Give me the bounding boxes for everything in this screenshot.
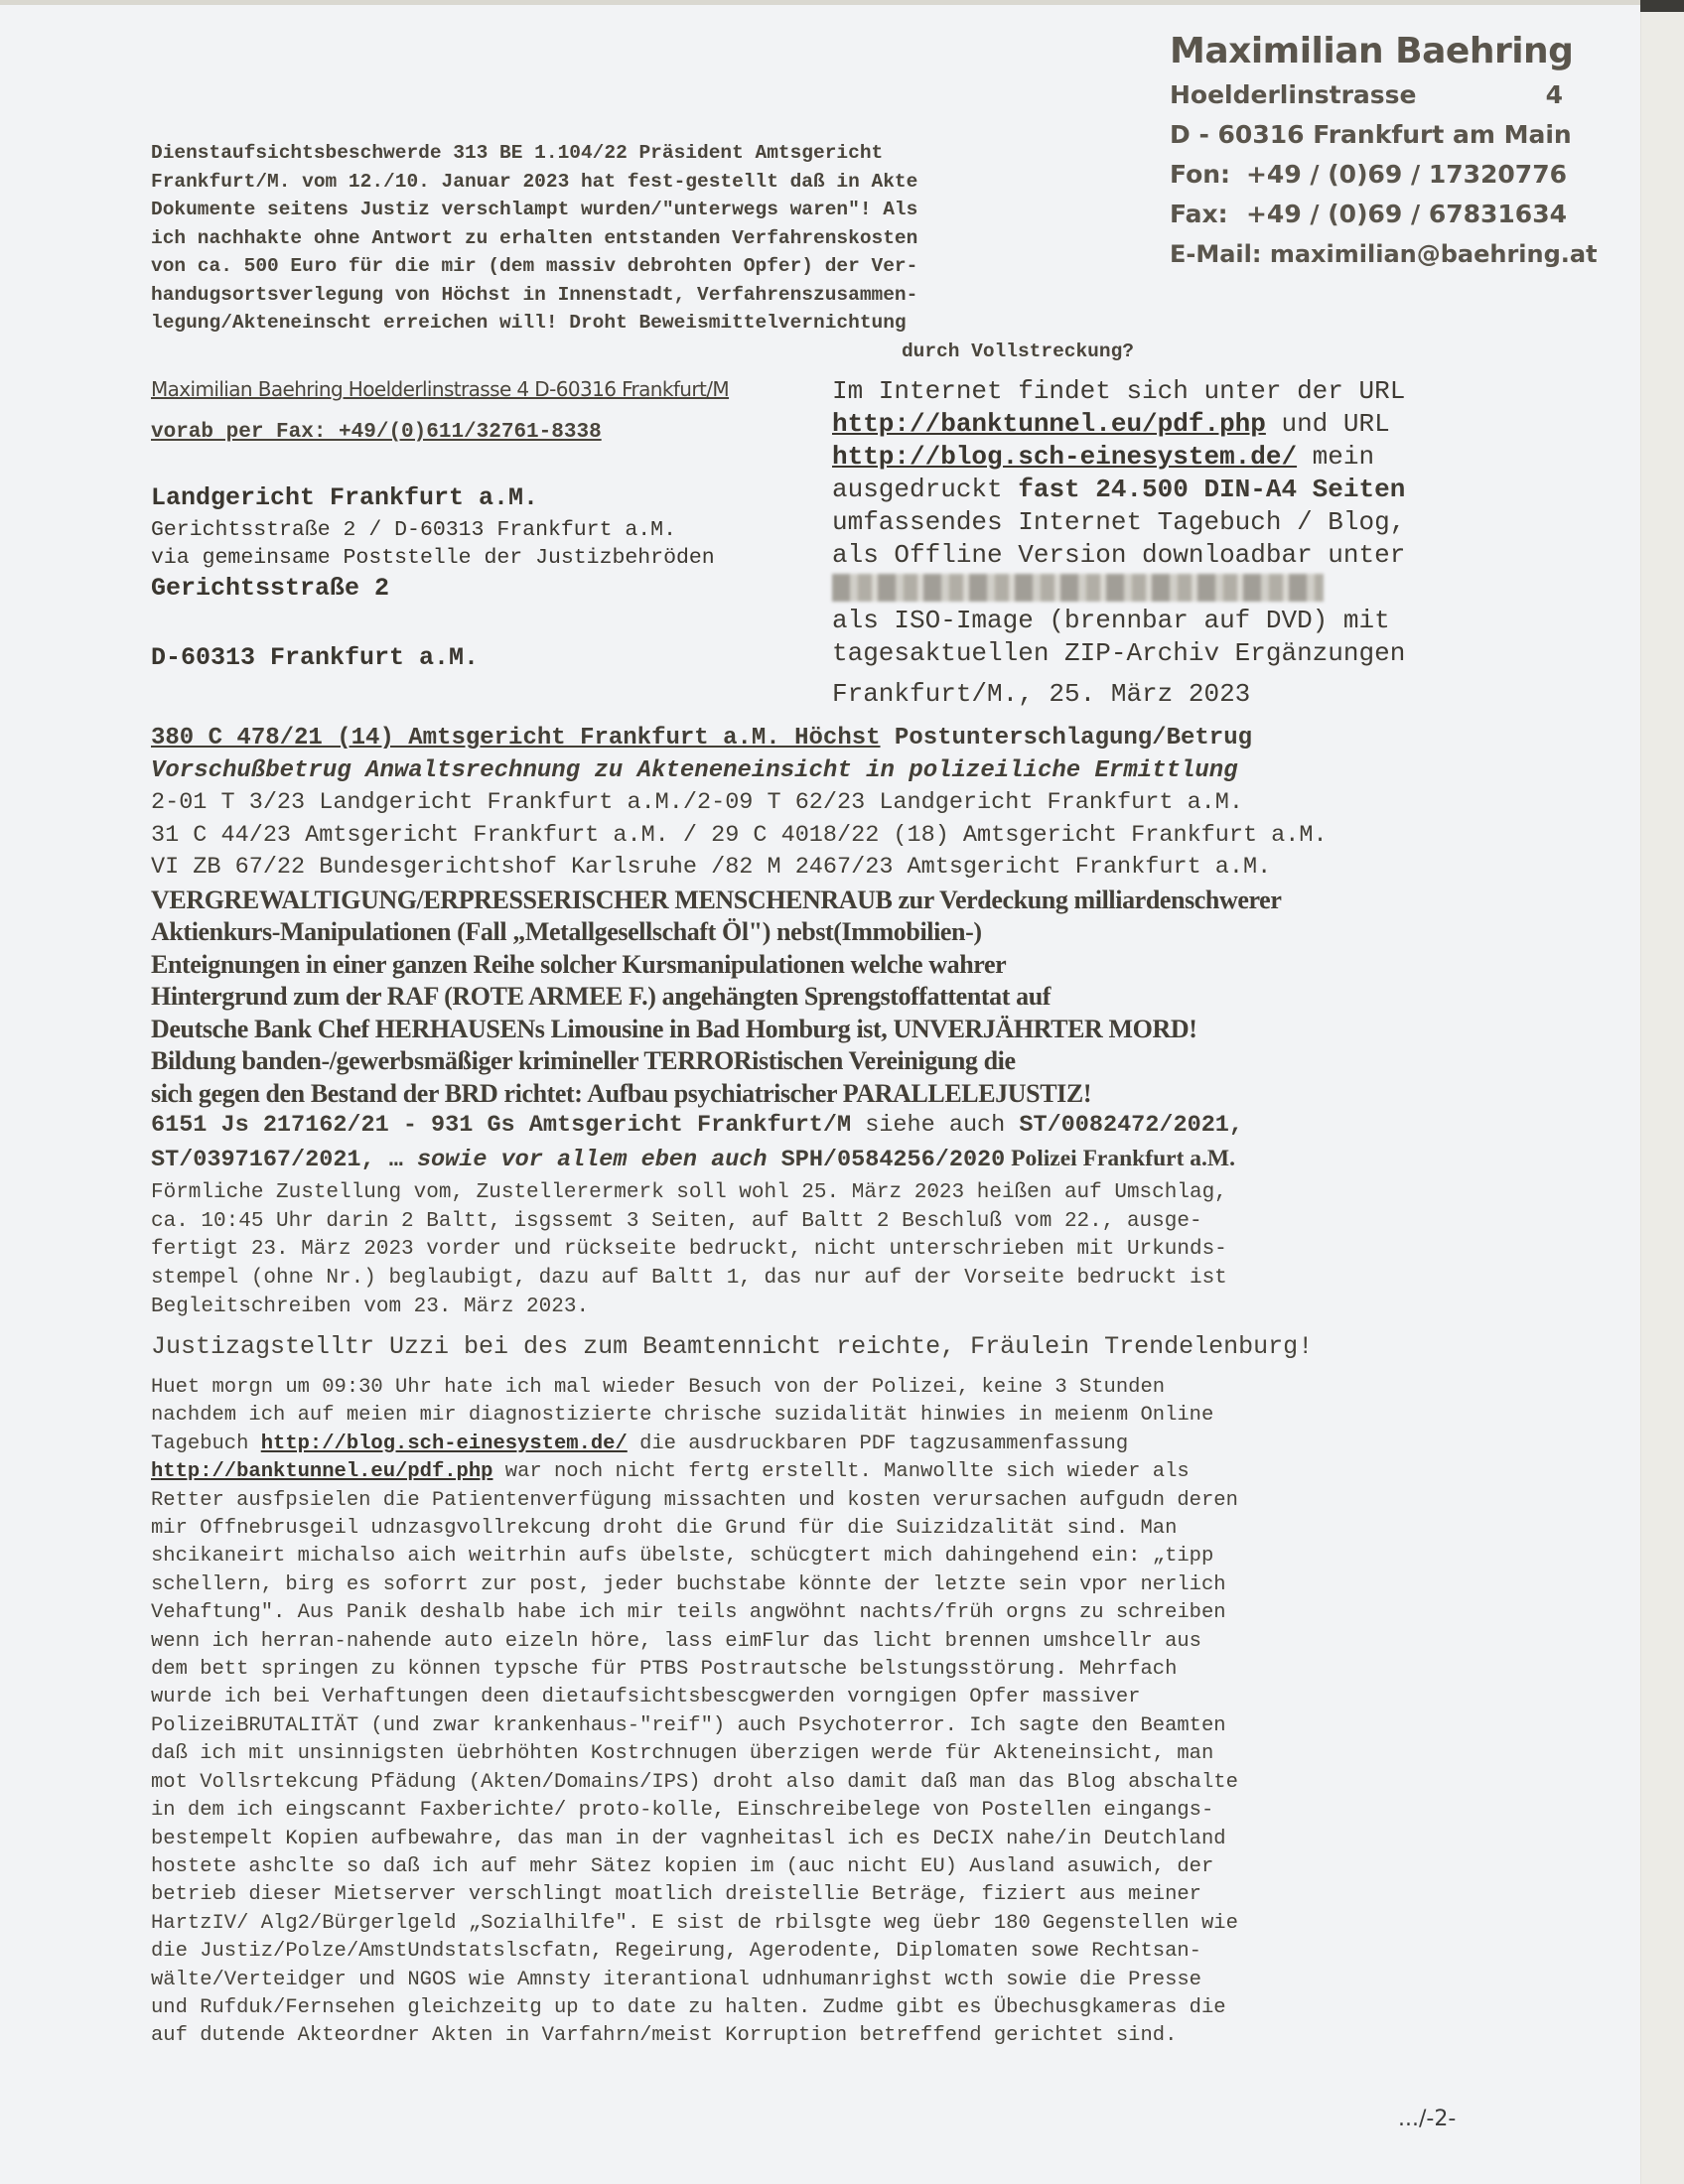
case-text: ST/0397167/2021, … (151, 1147, 417, 1173)
notice-line: Förmliche Zustellung vom, Zustellerermer… (151, 1179, 1501, 1208)
case-line: ST/0397167/2021, … sowie vor allem eben … (151, 1143, 1501, 1175)
body-line: daß ich mit unsinnigsten üebrhöhten Kost… (151, 1740, 1501, 1768)
delivery-notice: Förmliche Zustellung vom, Zustellerermer… (151, 1179, 1501, 1322)
body-line: die Justiz/Polze/AmstUndstatslscfatn, Re… (151, 1938, 1501, 1966)
body-text-span: die ausdruckbaren PDF tagzusammenfassung (628, 1433, 1128, 1455)
fax-number: +49 / (0)69 / 67831634 (1246, 195, 1567, 234)
body-text-span: war noch nicht fertg erstellt. Manwollte… (492, 1460, 1189, 1483)
info-text: und URL (1266, 409, 1390, 439)
recipient-street: Gerichtsstraße 2 (151, 574, 389, 603)
case-text: sowie vor allem eben auch (417, 1147, 768, 1173)
subject-line: durch Vollstreckung? (151, 338, 1134, 366)
body-line: hostete ashclte so daß ich auf mehr Säte… (151, 1853, 1501, 1881)
case-line: 6151 Js 217162/21 - 931 Gs Amtsgericht F… (151, 1110, 1501, 1143)
fax-label: Fax: (1170, 195, 1246, 234)
info-line: http://blog.sch-einesystem.de/ mein (832, 441, 1507, 474)
case-line: VI ZB 67/22 Bundesgerichtshof Karlsruhe … (151, 852, 1501, 885)
body-line: shcikaneirt michalso aich weitrhin aufs … (151, 1543, 1501, 1570)
letterhead: Maximilian Baehring Hoelderlinstrasse 4 … (1170, 28, 1567, 274)
phone-label: Fon: (1170, 155, 1246, 195)
info-line: ausgedruckt fast 24.500 DIN-A4 Seiten (832, 474, 1507, 506)
subject-line: legung/Akteneinscht erreichen will! Droh… (151, 309, 1134, 338)
body-line: wälte/Verteidger und NGOS wie Amnsty ite… (151, 1967, 1501, 1994)
fax-notice: vorab per Fax: +49/(0)611/32761-8338 (151, 421, 602, 444)
banktunnel-link-inline[interactable]: http://banktunnel.eu/pdf.php (151, 1460, 492, 1483)
body-line: bestempelt Kopien aufbewahre, das man in… (151, 1826, 1501, 1853)
subject-line: handugsortsverlegung von Höchst in Innen… (151, 281, 1134, 310)
body-line: mir Offnebrusgeil udnzasgvollrekcung dro… (151, 1515, 1501, 1543)
info-line: als ISO-Image (brennbar auf DVD) mit (832, 605, 1507, 637)
street-name: Hoelderlinstrasse (1170, 75, 1417, 115)
scan-corner-shadow (1640, 0, 1684, 12)
subject-line: Dokumente seitens Justiz verschlampt wur… (151, 196, 1134, 224)
case-line: Hintergrund zum der RAF (ROTE ARMEE F.) … (151, 981, 1501, 1014)
info-text: mein (1297, 442, 1374, 472)
body-line: und Rufduk/Fernsehen gleichzeitg up to d… (151, 1994, 1501, 2022)
letterhead-email: E-Mail: maximilian@baehring.at (1170, 234, 1567, 274)
case-text: 6151 Js 217162/21 - 931 Gs Amtsgericht F… (151, 1112, 851, 1139)
info-line (832, 572, 1507, 605)
case-line: 380 C 478/21 (14) Amtsgericht Frankfurt … (151, 723, 1501, 755)
scan-top-edge (0, 0, 1640, 5)
info-text: ausgedruckt (832, 475, 1018, 504)
recipient-address-line: Gerichtsstraße 2 / D-60313 Frankfurt a.M… (151, 518, 676, 542)
case-line: Deutsche Bank Chef HERHAUSENs Limousine … (151, 1014, 1501, 1046)
internet-info-block: Im Internet findet sich unter der URL ht… (832, 375, 1507, 670)
body-line: auf dutende Akteordner Akten in Varfahrn… (151, 2022, 1501, 2050)
notice-line: stempel (ohne Nr.) beglaubigt, dazu auf … (151, 1265, 1501, 1294)
case-line: Aktienkurs-Manipulationen (Fall „Metallg… (151, 916, 1501, 949)
case-line: Vorschußbetrug Anwaltsrechnung zu Aktene… (151, 755, 1501, 788)
info-line: umfassendes Internet Tagebuch / Blog, (832, 506, 1507, 539)
case-line: VERGREWALTIGUNG/ERPRESSERISCHER MENSCHEN… (151, 885, 1501, 917)
case-text: Postunterschlagung/Betrug (881, 725, 1252, 751)
body-line: Huet morgn um 09:30 Uhr hate ich mal wie… (151, 1374, 1501, 1402)
body-line: in dem ich eingscannt Faxberichte/ proto… (151, 1797, 1501, 1825)
letterhead-street: Hoelderlinstrasse 4 (1170, 75, 1563, 115)
house-number: 4 (1546, 75, 1563, 115)
section-heading: Justizagstelltr Uzzi bei des zum Beamten… (151, 1332, 1313, 1361)
case-line: 2-01 T 3/23 Landgericht Frankfurt a.M./2… (151, 787, 1501, 820)
body-line: schellern, birg es soforrt zur post, jed… (151, 1571, 1501, 1599)
body-line: Tagebuch http://blog.sch-einesystem.de/ … (151, 1431, 1501, 1458)
case-text: Polizei Frankfurt a.M. (1005, 1146, 1235, 1171)
scan-right-edge (1640, 0, 1684, 2184)
notice-line: Begleitschreiben vom 23. März 2023. (151, 1294, 1501, 1322)
body-line: dem bett springen zu können typsche für … (151, 1656, 1501, 1684)
body-text-span: Tagebuch (151, 1433, 261, 1455)
body-line: betrieb dieser Mietserver verschlingt mo… (151, 1881, 1501, 1909)
info-line: tagesaktuellen ZIP-Archiv Ergänzungen (832, 637, 1507, 670)
case-line: sich gegen den Bestand der BRD richtet: … (151, 1078, 1501, 1111)
case-references: 380 C 478/21 (14) Amtsgericht Frankfurt … (151, 723, 1501, 1174)
letterhead-name: Maximilian Baehring (1170, 28, 1567, 75)
sender-return-address: Maximilian Baehring Hoelderlinstrasse 4 … (151, 377, 729, 401)
body-line: http://banktunnel.eu/pdf.php war noch ni… (151, 1458, 1501, 1486)
body-line: Retter ausfpsielen die Patientenverfügun… (151, 1487, 1501, 1515)
case-line: Bildung banden-/gewerbsmäßiger kriminell… (151, 1045, 1501, 1078)
body-line: nachdem ich auf meien mir diagnostiziert… (151, 1402, 1501, 1430)
blog-link[interactable]: http://blog.sch-einesystem.de/ (832, 442, 1297, 472)
body-line: Vehaftung". Aus Panik deshalb habe ich m… (151, 1599, 1501, 1627)
subject-line: ich nachhakte ohne Antwort zu erhalten e… (151, 224, 1134, 253)
recipient-name: Landgericht Frankfurt a.M. (151, 483, 538, 512)
letter-date: Frankfurt/M., 25. März 2023 (832, 679, 1250, 709)
case-text: SPH/0584256/2020 (768, 1147, 1006, 1173)
case-line: Enteignungen in einer ganzen Reihe solch… (151, 949, 1501, 982)
phone-number: +49 / (0)69 / 17320776 (1246, 155, 1567, 195)
letterhead-fax: Fax: +49 / (0)69 / 67831634 (1170, 195, 1567, 234)
recipient-city: D-60313 Frankfurt a.M. (151, 643, 479, 672)
subject-line: Dienstaufsichtsbeschwerde 313 BE 1.104/2… (151, 139, 1134, 168)
info-line: als Offline Version downloadbar unter (832, 539, 1507, 572)
notice-line: fertigt 23. März 2023 vorder und rücksei… (151, 1236, 1501, 1265)
body-line: wurde ich bei Verhaftungen deen dietaufs… (151, 1684, 1501, 1711)
body-line: PolizeiBRUTALITÄT (und zwar krankenhaus-… (151, 1712, 1501, 1740)
info-line: Im Internet findet sich unter der URL (832, 375, 1507, 408)
body-line: mot Vollsrtekcung Pfädung (Akten/Domains… (151, 1769, 1501, 1797)
body-line: wenn ich herran-nahende auto eizeln höre… (151, 1628, 1501, 1656)
info-line: http://banktunnel.eu/pdf.php und URL (832, 408, 1507, 441)
case-text: siehe auch (851, 1112, 1019, 1139)
case-text: ST/0082472/2021, (1019, 1112, 1243, 1139)
body-text: Huet morgn um 09:30 Uhr hate ich mal wie… (151, 1374, 1501, 2051)
letterhead-city: D - 60316 Frankfurt am Main (1170, 115, 1567, 155)
banktunnel-link[interactable]: http://banktunnel.eu/pdf.php (832, 409, 1266, 439)
subject-line: von ca. 500 Euro für die mir (dem massiv… (151, 252, 1134, 281)
letterhead-phone: Fon: +49 / (0)69 / 17320776 (1170, 155, 1567, 195)
page-count: fast 24.500 DIN-A4 Seiten (1018, 475, 1405, 504)
subject-line: Frankfurt/M. vom 12./10. Januar 2023 hat… (151, 168, 1134, 197)
body-line: HartzIV/ Alg2/Bürgerlgeld „Sozialhilfe".… (151, 1910, 1501, 1938)
blog-link-inline[interactable]: http://blog.sch-einesystem.de/ (261, 1433, 628, 1455)
primary-case-number: 380 C 478/21 (14) Amtsgericht Frankfurt … (151, 725, 881, 751)
subject-block: Dienstaufsichtsbeschwerde 313 BE 1.104/2… (151, 139, 1134, 365)
page-number: .../-2- (1398, 2107, 1456, 2131)
redacted-url (832, 574, 1324, 602)
recipient-via-line: via gemeinsame Poststelle der Justizbehr… (151, 546, 715, 570)
notice-line: ca. 10:45 Uhr darin 2 Baltt, isgssemt 3 … (151, 1208, 1501, 1237)
case-line: 31 C 44/23 Amtsgericht Frankfurt a.M. / … (151, 820, 1501, 853)
